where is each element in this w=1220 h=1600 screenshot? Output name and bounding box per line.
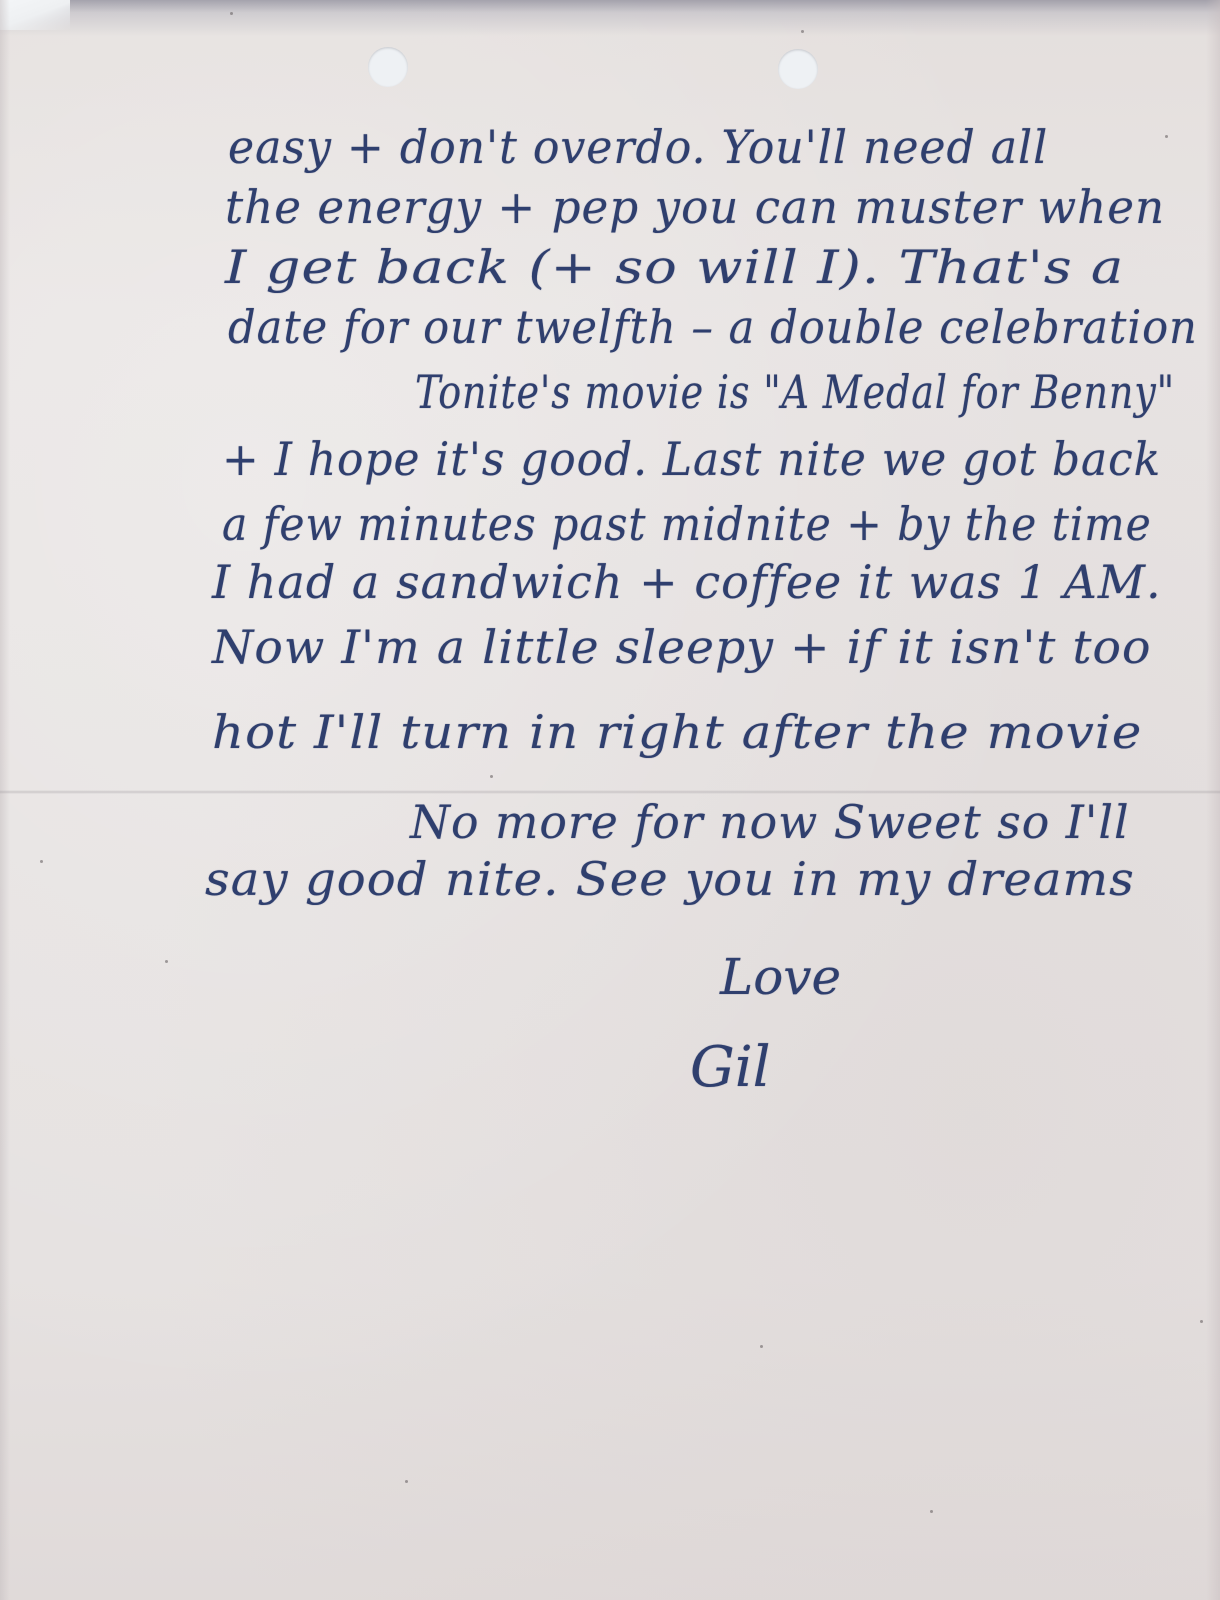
- letter-line: hot I'll turn in right after the movie: [212, 705, 1142, 759]
- right-edge: [1206, 0, 1220, 1600]
- paper-speck: [165, 960, 168, 963]
- paper-speck: [405, 1480, 408, 1483]
- letter-line: easy + don't overdo. You'll need all: [228, 120, 1048, 174]
- letter-page: easy + don't overdo. You'll need all the…: [0, 0, 1220, 1600]
- paper-speck: [230, 12, 233, 15]
- paper-fold-crease: [0, 790, 1220, 794]
- signature: Gil: [690, 1035, 771, 1100]
- letter-line: Now I'm a little sleepy + if it isn't to…: [212, 620, 1151, 674]
- paper-speck: [930, 1510, 933, 1513]
- letter-line: I get back (+ so will I). That's a: [225, 240, 1124, 294]
- paper-speck: [1200, 1320, 1203, 1323]
- folded-corner: [0, 0, 70, 30]
- paper-speck: [801, 30, 804, 33]
- paper-speck: [1165, 135, 1168, 138]
- letter-line: I had a sandwich + coffee it was 1 AM.: [212, 555, 1162, 609]
- letter-line: Tonite's movie is "A Medal for Benny": [415, 365, 1175, 419]
- paper-speck: [760, 1345, 763, 1348]
- left-edge: [0, 0, 10, 1600]
- punch-hole-right: [778, 49, 818, 89]
- letter-line: a few minutes past midnite + by the time: [222, 497, 1152, 551]
- paper-speck: [490, 775, 493, 778]
- letter-line: the energy + pep you can muster when: [225, 180, 1165, 234]
- letter-line: No more for now Sweet so I'll: [410, 795, 1130, 849]
- punch-hole-left: [368, 47, 408, 87]
- paper-speck: [40, 860, 43, 863]
- letter-line: + I hope it's good. Last nite we got bac…: [222, 432, 1161, 486]
- letter-line: date for our twelfth – a double celebrat…: [228, 300, 1198, 354]
- closing-love: Love: [720, 948, 841, 1006]
- letter-line: say good nite. See you in my dreams: [205, 852, 1135, 906]
- top-edge-shadow: [0, 0, 1220, 36]
